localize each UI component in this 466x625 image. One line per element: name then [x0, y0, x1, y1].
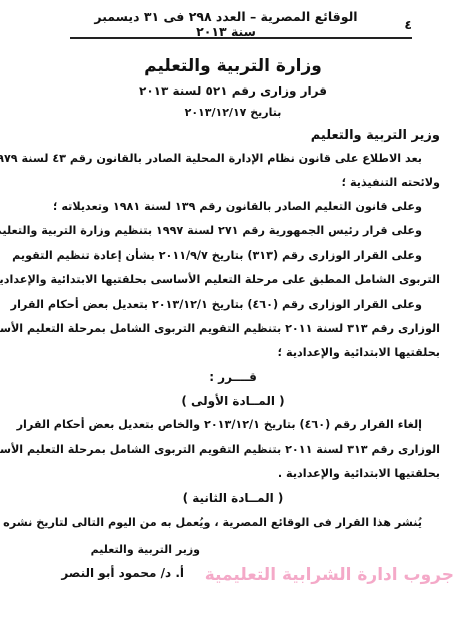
running-header: ٤ الوقائع المصرية – العدد ٢٩٨ فى ٣١ ديسم… [70, 13, 412, 35]
minister-heading: وزير التربية والتعليم [311, 128, 440, 143]
header-rule [70, 37, 412, 39]
preamble-line: التربوى الشامل المطبق على مرحلة التعليم … [0, 273, 440, 286]
signature-name: أ. د/ محمود أبو النصر [61, 566, 184, 580]
preamble-line: وعلى قانون التعليم الصادر بالقانون رقم ١… [53, 200, 422, 213]
article-2-line: يُنشر هذا القرار فى الوقائع المصرية ، وي… [0, 516, 422, 529]
preamble-line: بحلقتيها الابتدائية والإعدادية ؛ [278, 346, 440, 359]
signature-title: وزير التربية والتعليم [91, 543, 200, 556]
article-2-heading: ( المــادة الثانية ) [0, 491, 466, 505]
decree-date: بتاريخ ٢٠١٣/١٢/١٧ [0, 106, 466, 119]
article-1-line: بحلقتيها الابتدائية والإعدادية . [278, 467, 440, 480]
decision-label: قــــرر : [0, 370, 466, 384]
preamble-line: وعلى القرار الوزارى رقم (٤٦٠) بتاريخ ٢٠١… [26, 298, 422, 311]
ministry-title: وزارة التربية والتعليم [0, 56, 466, 76]
article-1-line: إلغاء القرار رقم (٤٦٠) بتاريخ ٢٠١٣/١٢/١ … [26, 418, 422, 431]
preamble-line: وعلى قرار رئيس الجمهورية رقم ٢٧١ لسنة ١٩… [0, 224, 422, 237]
preamble-line: الوزارى رقم ٣١٣ لسنة ٢٠١١ بتنظيم التقويم… [26, 322, 440, 335]
preamble-line: بعد الاطلاع على قانون نظام الإدارة المحل… [26, 152, 422, 165]
preamble-line: ولائحته التنفيذية ؛ [342, 176, 440, 189]
page-number: ٤ [372, 17, 412, 32]
article-1-heading: ( المــادة الأولى ) [0, 394, 466, 408]
article-1-line: الوزارى رقم ٣١٣ لسنة ٢٠١١ بتنظيم التقويم… [26, 443, 440, 456]
preamble-line: وعلى القرار الوزارى رقم (٣١٣) بتاريخ ٢٠١… [26, 249, 422, 262]
decree-number: قرار وزارى رقم ٥٢١ لسنة ٢٠١٣ [0, 84, 466, 98]
gazette-page: ٤ الوقائع المصرية – العدد ٢٩٨ فى ٣١ ديسم… [0, 0, 466, 625]
gazette-issue-title: الوقائع المصرية – العدد ٢٩٨ فى ٣١ ديسمبر… [70, 9, 372, 39]
group-watermark: جروب ادارة الشرابية التعليمية [232, 565, 454, 585]
